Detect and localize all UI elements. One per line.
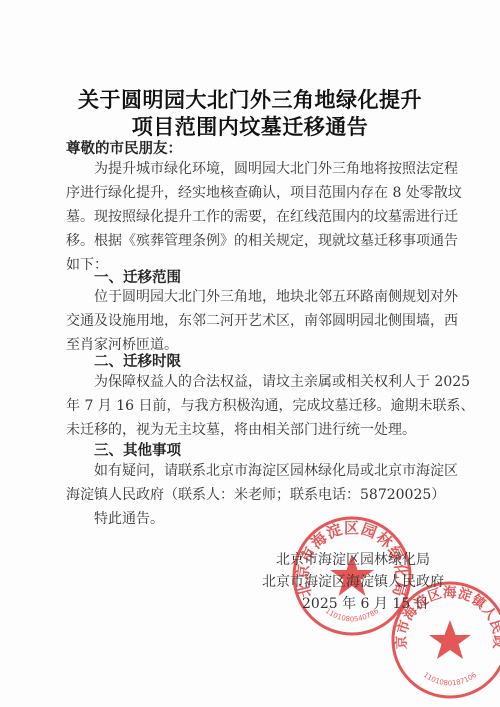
signature-org-2: 北京市海淀区海淀镇人民政府 <box>262 571 444 591</box>
intro-line: 墓。现按照绿化提升工作的需要，在红线范围内的坟墓需进行迁 <box>66 205 438 229</box>
intro-paragraph: 为提升城市绿化环境，圆明园大北门外三角地将按照法定程 序进行绿化提升，经实地核查… <box>66 157 438 277</box>
section-heading-scope: 一、迁移范围 <box>94 266 181 287</box>
document-title-line-1: 关于圆明园大北门外三角地绿化提升 <box>0 84 500 114</box>
salutation: 尊敬的市民朋友： <box>66 137 182 158</box>
section-heading-other: 三、其他事项 <box>94 439 181 460</box>
intro-line: 序进行绿化提升，经实地核查确认，项目范围内存在 8 处零散坟 <box>66 181 438 205</box>
signature-org-1: 北京市海淀区园林绿化局 <box>276 549 430 569</box>
scope-paragraph: 位于圆明园大北门外三角地，地块北邻五环路南侧规划对外 交通及设施用地，东邻二河开… <box>66 285 438 357</box>
intro-line: 为提升城市绿化环境，圆明园大北门外三角地将按照法定程 <box>66 157 438 181</box>
intro-line: 移。根据《殡葬管理条例》的相关规定，现就坟墓迁移事项通告 <box>66 229 438 253</box>
deadline-line: 为保障权益人的合法权益，请坟主亲属或相关权利人于 2025 <box>66 370 438 394</box>
notice-page: 关于圆明园大北门外三角地绿化提升 项目范围内坟墓迁移通告 尊敬的市民朋友： 为提… <box>0 0 500 707</box>
section-heading-deadline: 二、迁移时限 <box>94 350 181 371</box>
svg-text:1101080187106: 1101080187106 <box>422 671 479 688</box>
deadline-paragraph: 为保障权益人的合法权益，请坟主亲属或相关权利人于 2025 年 7 月 16 日… <box>66 370 438 442</box>
other-line: 海淀镇人民政府（联系人：米老师；联系电话：58720025） <box>66 483 438 507</box>
scope-line: 位于圆明园大北门外三角地，地块北邻五环路南侧规划对外 <box>66 285 438 309</box>
signature-date: 2025 年 6 月 15 日 <box>302 593 429 613</box>
other-line: 如有疑问，请联系北京市海淀区园林绿化局或北京市海淀区 <box>66 459 438 483</box>
scope-line: 交通及设施用地，东邻二河开艺术区，南邻圆明园北侧围墙，西 <box>66 309 438 333</box>
deadline-line: 年 7 月 16 日前，与我方积极沟通，完成坟墓迁移。逾期未联系、 <box>66 394 438 418</box>
